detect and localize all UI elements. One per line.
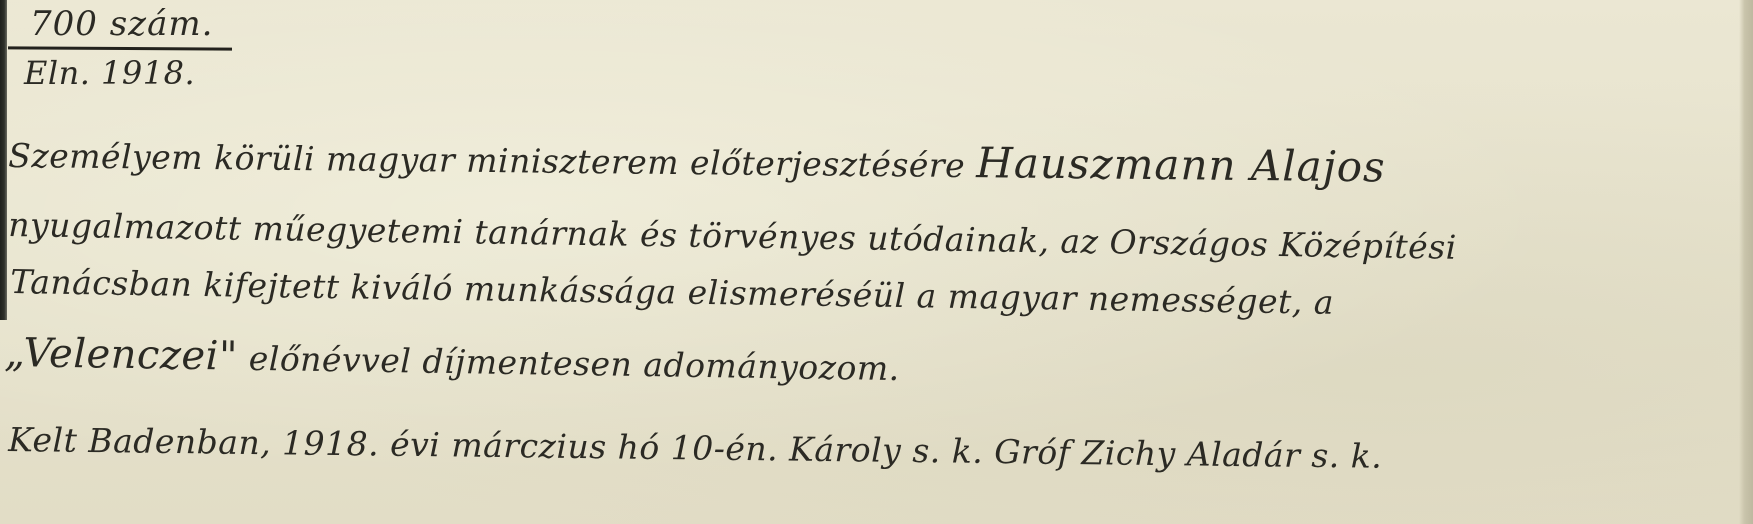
- text-line-2: nyugalmazott műegyetemi tanárnak és törv…: [8, 205, 1457, 267]
- left-margin-rule: [0, 0, 7, 320]
- document-number: 700 szám.: [30, 4, 213, 44]
- right-page-edge: [1739, 0, 1753, 524]
- text-line-1: Személyem körüli magyar miniszterem előt…: [8, 128, 1386, 191]
- dating-and-signatures: Kelt Badenban, 1918. évi márczius hó 10-…: [8, 420, 1383, 476]
- text-line-4: „Velenczei" előnévvel díjmentesen adomán…: [4, 330, 900, 390]
- scanned-document-page: 700 szám. Eln. 1918. Személyem körüli ma…: [0, 0, 1753, 524]
- text-line-4-rest: előnévvel díjmentesen adományozom.: [238, 339, 901, 388]
- recipient-name: Hauszmann Alajos: [976, 138, 1386, 191]
- nobility-prefix: „Velenczei": [4, 330, 238, 380]
- text-line-3: Tanácsban kifejtett kiváló munkássága el…: [10, 262, 1334, 322]
- document-number-underline: [8, 46, 232, 50]
- text-line-1-intro: Személyem körüli magyar miniszterem előt…: [8, 136, 976, 185]
- document-reference: Eln. 1918.: [24, 54, 195, 92]
